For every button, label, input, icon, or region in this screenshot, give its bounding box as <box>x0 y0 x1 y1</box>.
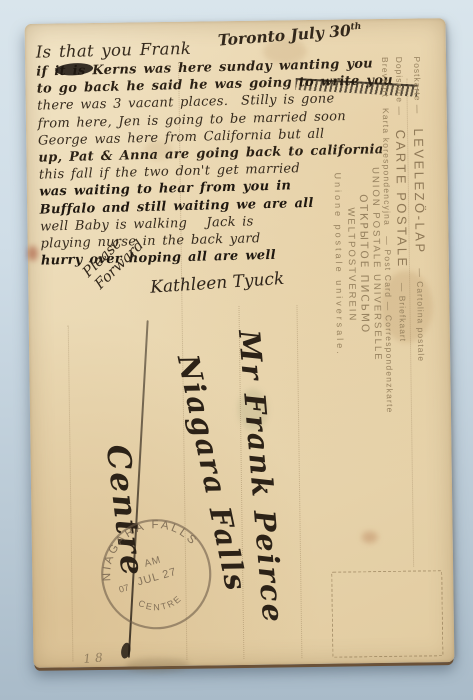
divider-text: Karta korespondencyjna <box>381 108 393 226</box>
signature: Kathleen Tyuck <box>150 269 285 298</box>
divider-text: LEVELEZÖ-LAP <box>411 128 428 254</box>
date-ordinal: th <box>350 22 361 33</box>
divider-text: Brevkort <box>380 57 391 98</box>
stain <box>28 246 38 261</box>
postmark-date: JUL 27 <box>136 566 178 589</box>
postmark-bottom-arc-text: CENTRE <box>135 587 186 619</box>
stamp-box-outline <box>331 570 443 658</box>
divider-text: — Cartolina postale <box>415 268 426 362</box>
divider-text: Dopisnice — <box>394 57 405 116</box>
divider-text: — Briefkaart <box>397 283 408 342</box>
photo-background: Toronto July 30th Is that you Frank if i… <box>0 0 473 700</box>
postcard: Toronto July 30th Is that you Frank if i… <box>25 18 455 668</box>
address-dotted-line <box>68 325 74 661</box>
stain <box>362 531 378 543</box>
postmark-meridiem: AM <box>143 555 162 570</box>
divider-text: CARTE POSTALE <box>393 130 410 269</box>
pencil-marks: 18 <box>83 650 107 666</box>
divider-text: Postkarte — <box>412 56 423 114</box>
divider-block: Postkarte —LEVELEZÖ-LAP— Cartolina posta… <box>330 56 432 471</box>
postmark-year: 07 <box>118 582 130 594</box>
address-dotted-line <box>296 305 302 658</box>
stain <box>125 658 189 673</box>
